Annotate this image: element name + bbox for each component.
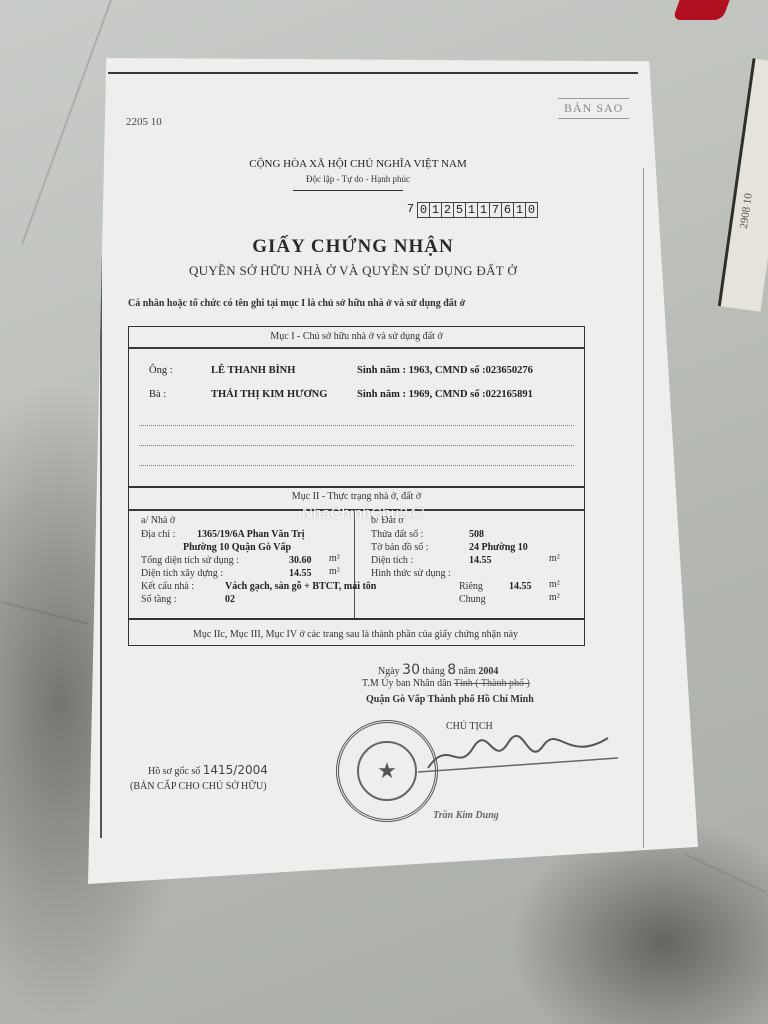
side-paper-text: 2908 10 — [738, 192, 755, 229]
owner-1-info: Sinh năm : 1963, CMND số :023650276 — [357, 365, 533, 376]
authority-line-1: T.M Ủy ban Nhân dân Tỉnh ( Thành phố ) — [362, 678, 530, 689]
date-year: 2004 — [478, 666, 498, 677]
date-prefix: Ngày — [378, 666, 400, 677]
built-area-value: 14.55 — [289, 568, 312, 579]
month-label: tháng — [423, 666, 445, 677]
address-line-1: 1365/19/6A Phan Văn Trị — [197, 529, 305, 540]
total-area-label: Tổng diện tích sử dụng : — [141, 555, 239, 566]
unit: m² — [329, 566, 340, 577]
copy-for-owner: (BẢN CẤP CHO CHỦ SỞ HỮU) — [130, 781, 267, 792]
issue-date: Ngày 30 tháng 8 năm 2004 — [378, 662, 498, 678]
owner-1-title: Ông : — [149, 365, 173, 376]
house-heading: a/ Nhà ở — [141, 515, 175, 526]
shared-label: Chung — [459, 594, 486, 605]
right-margin-line — [643, 168, 644, 848]
republic-header: CỘNG HÒA XÃ HỘI CHỦ NGHĨA VIỆT NAM — [88, 158, 628, 170]
emblem-icon: ★ — [357, 741, 417, 801]
owner-2-info: Sinh năm : 1969, CMND số :022165891 — [357, 389, 533, 400]
date-day: 30 — [402, 662, 420, 678]
certificate-document: 2205 10 BẢN SAO CỘNG HÒA XÃ HỘI CHỦ NGHĨ… — [88, 58, 698, 884]
watermark: NhaChinhChu247 — [302, 505, 425, 522]
unit: m² — [329, 553, 340, 564]
section-2-heading: Mục II - Thực trạng nhà ở, đất ở — [129, 491, 584, 502]
record-label: Hồ sơ gốc số — [148, 766, 200, 777]
structure-value: Vách gạch, sàn gỗ + BTCT, mái tôn — [225, 581, 376, 592]
record-value: 1415/2004 — [203, 763, 268, 777]
date-month: 8 — [447, 662, 456, 678]
address-label: Địa chỉ : — [141, 529, 175, 540]
section-1-box: Mục I - Chủ sở hữu nhà ở và sử dụng đất … — [128, 326, 585, 488]
address-line-2: Phường 10 Quận Gò Vấp — [183, 542, 291, 553]
side-paper: 2908 10 — [718, 58, 768, 312]
record-number: Hồ sơ gốc số 1415/2004 — [148, 763, 268, 777]
document-subtitle: QUYỀN SỞ HỮU NHÀ Ở VÀ QUYỀN SỬ DỤNG ĐẤT … — [88, 263, 618, 279]
authority-prefix: T.M Ủy ban Nhân dân — [362, 678, 452, 689]
red-object — [672, 0, 729, 20]
year-label: năm — [459, 666, 476, 677]
map-label: Tờ bản đồ số : — [371, 542, 429, 553]
column-divider — [354, 509, 355, 619]
land-area-label: Diện tích : — [371, 555, 413, 566]
structure-label: Kết cấu nhà : — [141, 581, 194, 592]
authority-line-2: Quận Gò Vấp Thành phố Hồ Chí Minh — [366, 694, 534, 705]
blank-line — [139, 465, 574, 466]
unit: m² — [549, 592, 560, 603]
footer-note: Mục IIc, Mục III, Mục IV ở các trang sau… — [128, 629, 583, 640]
document-title: GIẤY CHỨNG NHẬN — [88, 236, 618, 258]
usage-label: Hình thức sử dụng : — [371, 568, 451, 579]
authority-struck: Tỉnh ( Thành phố ) — [454, 678, 530, 689]
floors-label: Số tầng : — [141, 594, 177, 605]
signature — [418, 728, 618, 778]
ownership-note: Cá nhân hoặc tổ chức có tên ghi tại mục … — [128, 298, 465, 309]
unit: m² — [549, 553, 560, 564]
floors-value: 02 — [225, 594, 235, 605]
total-area-value: 30.60 — [289, 555, 312, 566]
motto-underline — [293, 190, 403, 191]
floor-tile-seam — [21, 0, 112, 245]
built-area-label: Diện tích xây dựng : — [141, 568, 223, 579]
owner-2-name: THÁI THỊ KIM HƯƠNG — [211, 389, 327, 400]
private-label: Riêng — [459, 581, 483, 592]
signer-name: Trần Kim Dung — [433, 810, 499, 821]
owner-2-title: Bà : — [149, 389, 166, 400]
left-binding-line — [100, 138, 102, 838]
serial-number: 7 0 1 2 5 1 1 7 6 1 0 — [406, 202, 538, 218]
unit: m² — [549, 579, 560, 590]
land-area-value: 14.55 — [469, 555, 492, 566]
copy-stamp: BẢN SAO — [558, 98, 629, 119]
section-1-heading: Mục I - Chủ sở hữu nhà ở và sử dụng đất … — [129, 331, 584, 342]
blank-line — [139, 425, 574, 426]
divider — [129, 347, 584, 349]
blank-line — [139, 445, 574, 446]
plot-label: Thửa đất số : — [371, 529, 423, 540]
handwritten-ref: 2205 10 — [126, 116, 162, 128]
top-rule — [108, 72, 638, 74]
map-value: 24 Phường 10 — [469, 542, 528, 553]
owner-1-name: LÊ THANH BÌNH — [211, 365, 295, 376]
private-value: 14.55 — [509, 581, 532, 592]
plot-value: 508 — [469, 529, 484, 540]
national-motto: Độc lập - Tự do - Hạnh phúc — [88, 174, 628, 184]
